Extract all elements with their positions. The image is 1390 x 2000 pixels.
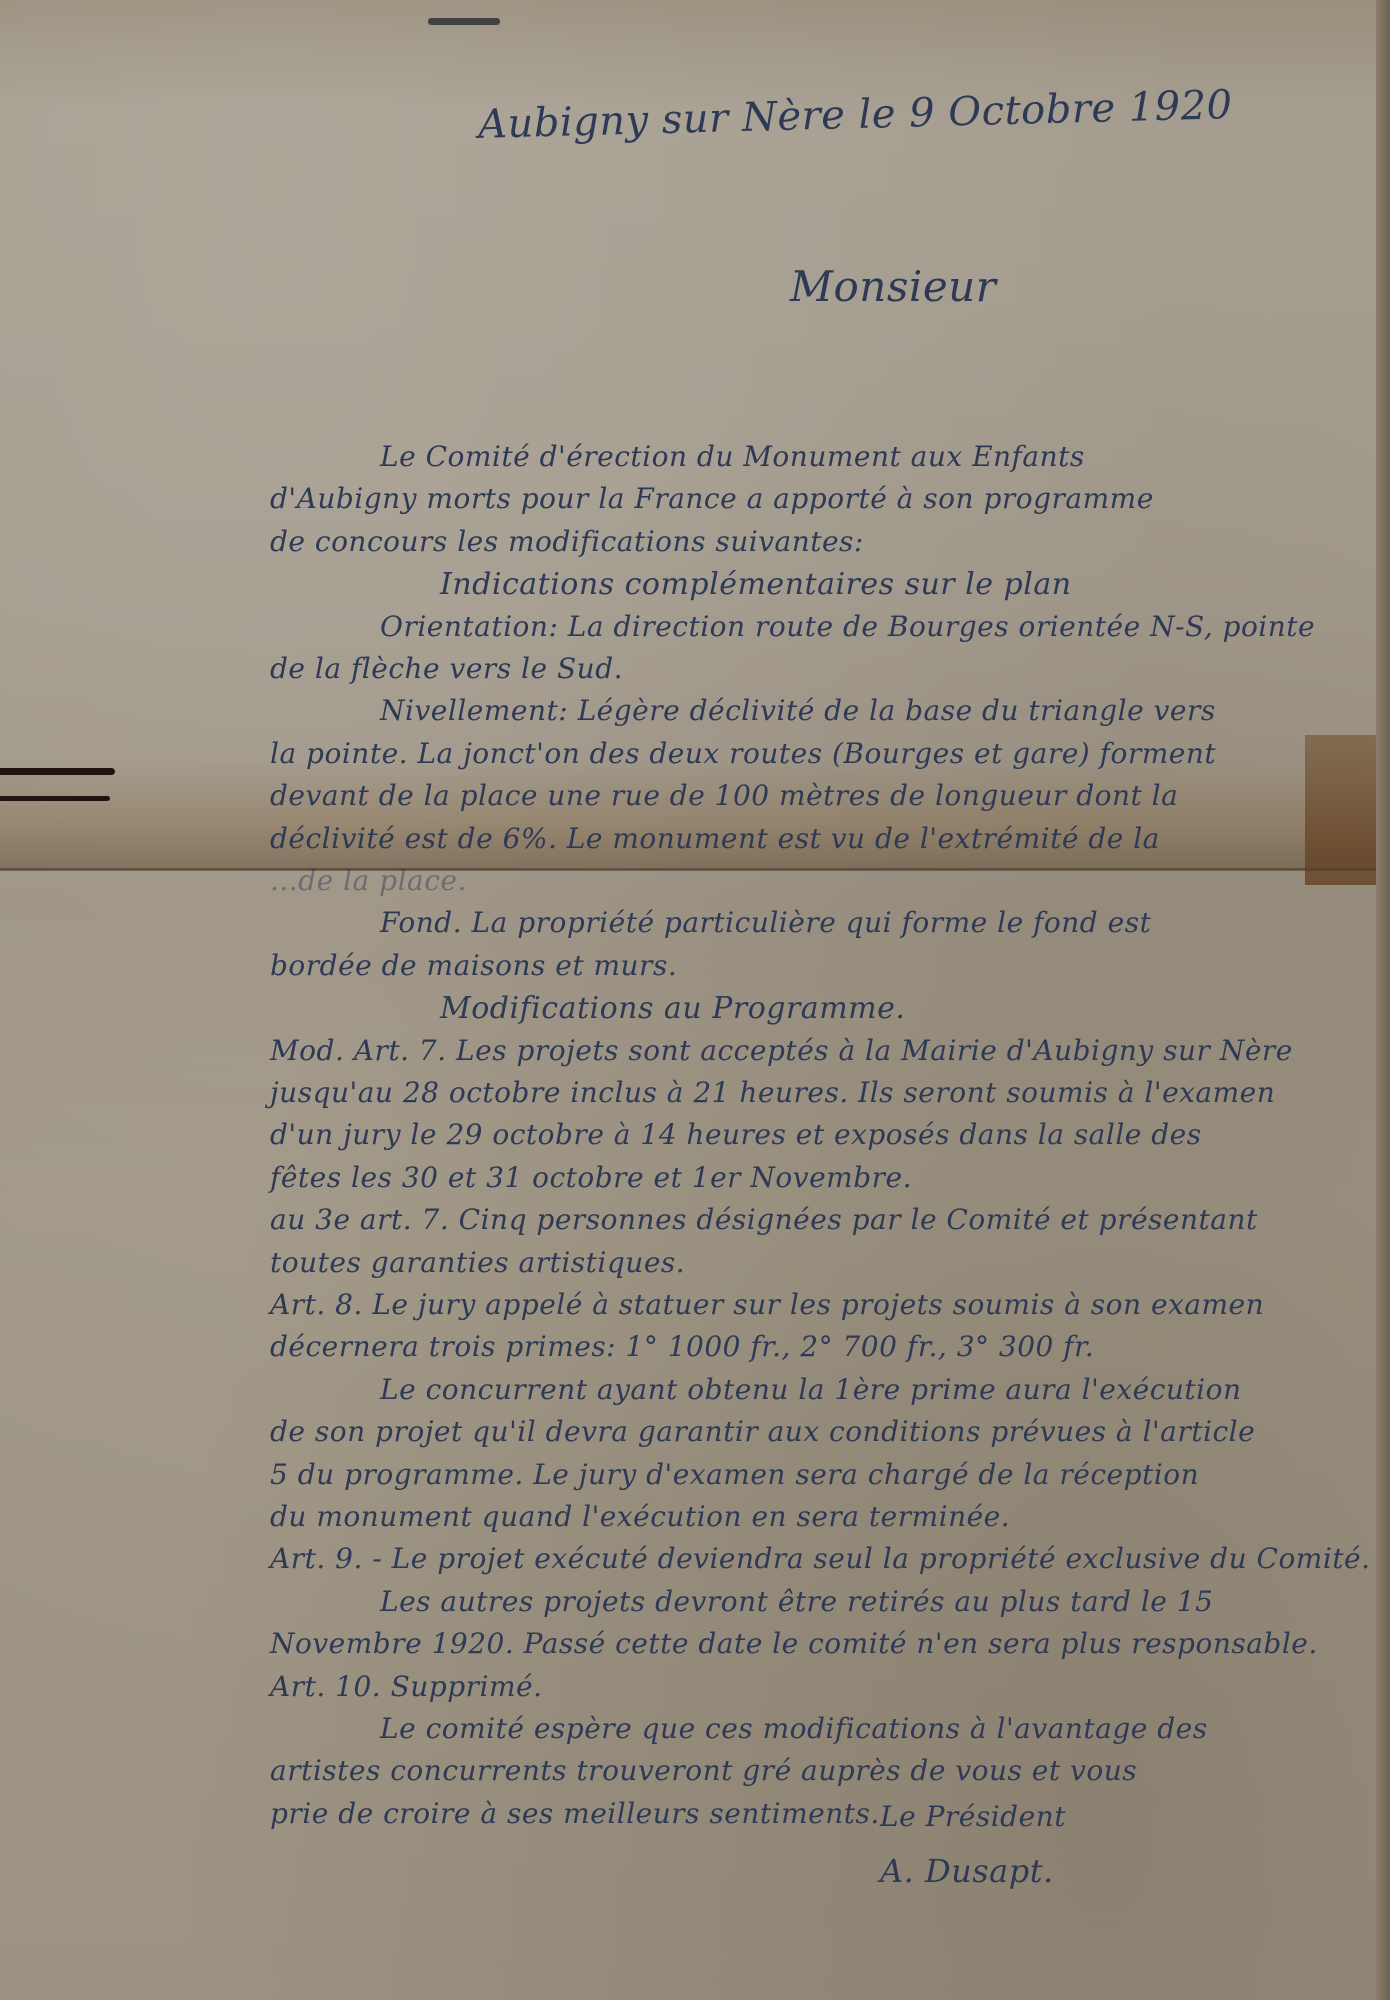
ink-mark-edge [0, 768, 115, 775]
letter-line: de la flèche vers le Sud. [270, 652, 623, 685]
letter-line: du monument quand l'exécution en sera te… [270, 1500, 1010, 1533]
section-heading: Modifications au Programme. [440, 991, 905, 1026]
letter-line: d'un jury le 29 octobre à 14 heures et e… [270, 1118, 1202, 1151]
paper-right-edge [1376, 0, 1390, 2000]
letter-line: Art. 9. - Le projet exécuté deviendra se… [270, 1542, 1371, 1575]
letter-line: jusqu'au 28 octobre inclus à 21 heures. … [270, 1076, 1275, 1109]
letter-line: déclivité est de 6%. Le monument est vu … [270, 822, 1160, 855]
signature-title: Le Président [880, 1800, 1066, 1833]
letter-line: Le concurrent ayant obtenu la 1ère prime… [380, 1373, 1242, 1406]
letter-line: Le comité espère que ces modifications à… [380, 1712, 1208, 1745]
letter-line: décernera trois primes: 1° 1000 fr., 2° … [270, 1330, 1094, 1363]
letter-line: bordée de maisons et murs. [270, 949, 677, 982]
letter-line: Orientation: La direction route de Bourg… [380, 610, 1315, 643]
letter-line: au 3e art. 7. Cinq personnes désignées p… [270, 1203, 1258, 1236]
letter-line: de concours les modifications suivantes: [270, 525, 864, 558]
letter-line: Novembre 1920. Passé cette date le comit… [270, 1627, 1318, 1660]
letter-line: de son projet qu'il devra garantir aux c… [270, 1415, 1255, 1448]
letter-line: Art. 10. Supprimé. [270, 1670, 543, 1703]
letter-line: Les autres projets devront être retirés … [380, 1585, 1213, 1618]
letter-line: Mod. Art. 7. Les projets sont acceptés à… [270, 1034, 1293, 1067]
fold-crease [0, 868, 1380, 871]
paper-stain-right [1305, 735, 1380, 885]
letter-line: fêtes les 30 et 31 octobre et 1er Novemb… [270, 1161, 912, 1194]
letter-line: Fond. La propriété particulière qui form… [380, 906, 1151, 939]
ink-mark-edge [0, 796, 110, 801]
letter-line: ...de la place. [270, 864, 467, 897]
letter-line: toutes garanties artistiques. [270, 1246, 685, 1279]
letter-line: devant de la place une rue de 100 mètres… [270, 779, 1178, 812]
letter-line: la pointe. La jonct'on des deux routes (… [270, 737, 1216, 770]
section-heading: Indications complémentaires sur le plan [440, 567, 1072, 602]
letter-line: Nivellement: Légère déclivité de la base… [380, 694, 1216, 727]
letter-line: artistes concurrents trouveront gré aupr… [270, 1754, 1137, 1787]
letter-line: prie de croire à ses meilleurs sentiment… [270, 1797, 880, 1830]
letter-line: Le Comité d'érection du Monument aux Enf… [380, 440, 1085, 473]
letter-salutation: Monsieur [790, 262, 996, 311]
signature-name: A. Dusapt. [880, 1852, 1054, 1890]
ink-mark-top [428, 18, 500, 25]
letter-line: d'Aubigny morts pour la France a apporté… [270, 482, 1154, 515]
letter-line: 5 du programme. Le jury d'examen sera ch… [270, 1458, 1199, 1491]
letter-line: Art. 8. Le jury appelé à statuer sur les… [270, 1288, 1264, 1321]
